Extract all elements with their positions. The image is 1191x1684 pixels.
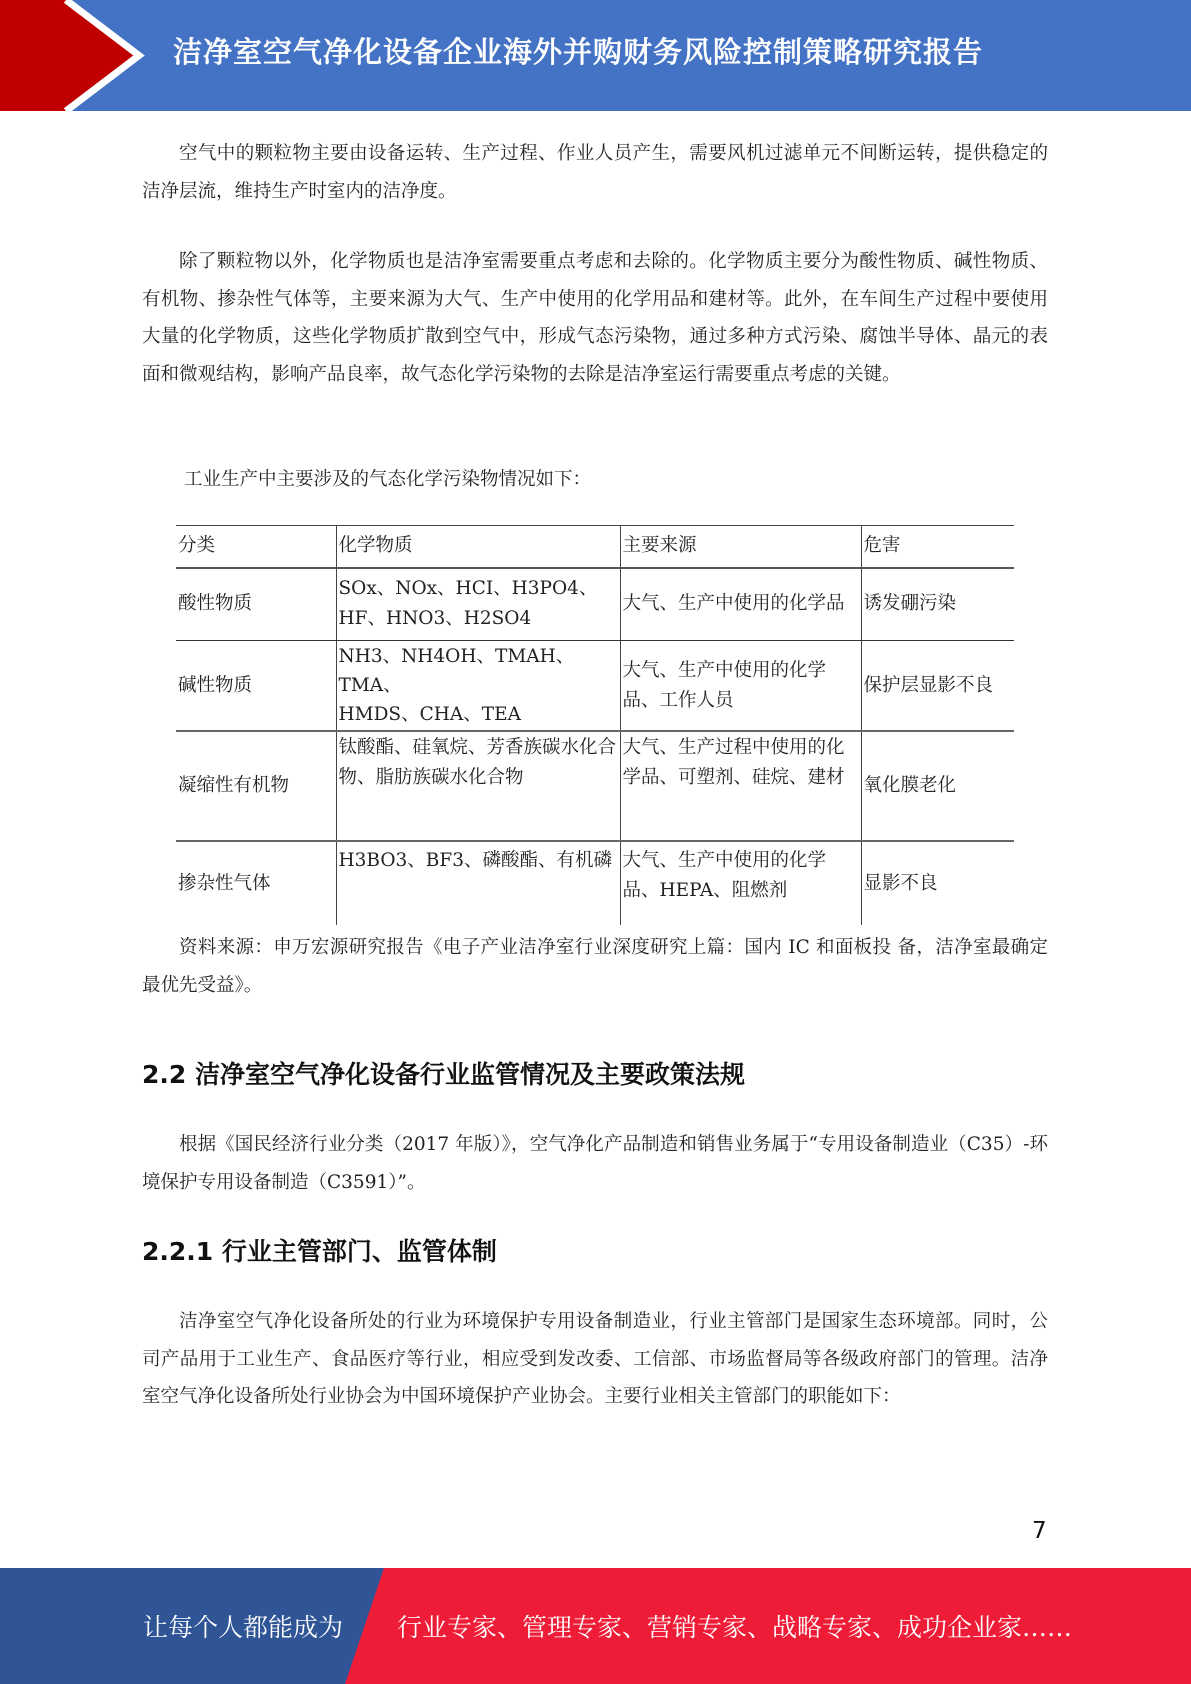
paragraph-chemicals: 除了颗粒物以外，化学物质也是洁净室需要重点考虑和去除的。化学物质主要分为酸性物质… <box>142 243 1048 393</box>
pollutant-table: 分类 化学物质 主要来源 危害 酸性物质 SOx、NOx、HCI、H3PO4、H… <box>176 525 1014 925</box>
chevron-arrow-icon <box>0 0 150 111</box>
paragraph-regulators: 洁净室空气净化设备所处的行业为环境保护专用设备制造业，行业主管部门是国家生态环境… <box>142 1303 1048 1416</box>
header-banner: 洁净室空气净化设备企业海外并购财务风险控制策略研究报告 <box>0 0 1191 111</box>
cell-category: 碱性物质 <box>176 641 336 732</box>
table-header-row: 分类 化学物质 主要来源 危害 <box>176 526 1014 568</box>
cell-category: 酸性物质 <box>176 568 336 641</box>
cell-chemicals: H3BO3、BF3、磷酸酯、有机磷 <box>336 841 620 925</box>
cell-harm: 诱发硼污染 <box>861 568 1014 641</box>
cell-sources: 大气、生产中使用的化学品、工作人员 <box>620 641 861 732</box>
paragraph-particulates: 空气中的颗粒物主要由设备运转、生产过程、作业人员产生，需要风机过滤单元不间断运转… <box>142 135 1048 210</box>
table-row: 掺杂性气体 H3BO3、BF3、磷酸酯、有机磷 大气、生产中使用的化学品、HEP… <box>176 841 1014 925</box>
paragraph-classification: 根据《国民经济行业分类（2017 年版）》，空气净化产品制造和销售业务属于“专用… <box>142 1126 1048 1201</box>
table-row: 酸性物质 SOx、NOx、HCI、H3PO4、HF、HNO3、H2SO4 大气、… <box>176 568 1014 641</box>
footer-slogan-right: 行业专家、管理专家、营销专家、战略专家、成功企业家…… <box>397 1608 1072 1644</box>
header-sources: 主要来源 <box>620 526 861 568</box>
table-intro: 工业生产中主要涉及的气态化学污染物情况如下： <box>184 461 591 499</box>
cell-sources: 大气、生产中使用的化学品、HEPA、阻燃剂 <box>620 841 861 925</box>
header-chemicals: 化学物质 <box>336 526 620 568</box>
cell-harm: 显影不良 <box>861 841 1014 925</box>
footer-slogan-left: 让每个人都能成为 <box>143 1608 343 1644</box>
cell-harm: 保护层显影不良 <box>861 641 1014 732</box>
page-number: 7 <box>1032 1518 1047 1544</box>
cell-sources: 大气、生产过程中使用的化学品、可塑剂、硅烷、建材 <box>620 731 861 841</box>
cell-chemicals: 钛酸酯、硅氧烷、芳香族碳水化合物、脂肪族碳水化合物 <box>336 731 620 841</box>
cell-category: 掺杂性气体 <box>176 841 336 925</box>
table-row: 碱性物质 NH3、NH4OH、TMAH、TMA、 HMDS、CHA、TEA 大气… <box>176 641 1014 732</box>
cell-category: 凝缩性有机物 <box>176 731 336 841</box>
table-row: 凝缩性有机物 钛酸酯、硅氧烷、芳香族碳水化合物、脂肪族碳水化合物 大气、生产过程… <box>176 731 1014 841</box>
cell-sources: 大气、生产中使用的化学品 <box>620 568 861 641</box>
footer-banner: 让每个人都能成为 行业专家、管理专家、营销专家、战略专家、成功企业家…… <box>0 1568 1191 1684</box>
source-note: 资料来源：申万宏源研究报告《电子产业洁净室行业深度研究上篇：国内 IC 和面板投… <box>142 929 1048 1004</box>
cell-chemicals: NH3、NH4OH、TMAH、TMA、 HMDS、CHA、TEA <box>336 641 620 732</box>
section-heading-2-2-1: 2.2.1 行业主管部门、监管体制 <box>142 1232 497 1268</box>
cell-harm: 氧化膜老化 <box>861 731 1014 841</box>
section-heading-2-2: 2.2 洁净室空气净化设备行业监管情况及主要政策法规 <box>142 1055 745 1091</box>
header-harm: 危害 <box>861 526 1014 568</box>
report-title: 洁净室空气净化设备企业海外并购财务风险控制策略研究报告 <box>173 30 983 71</box>
header-category: 分类 <box>176 526 336 568</box>
cell-chemicals: SOx、NOx、HCI、H3PO4、HF、HNO3、H2SO4 <box>336 568 620 641</box>
